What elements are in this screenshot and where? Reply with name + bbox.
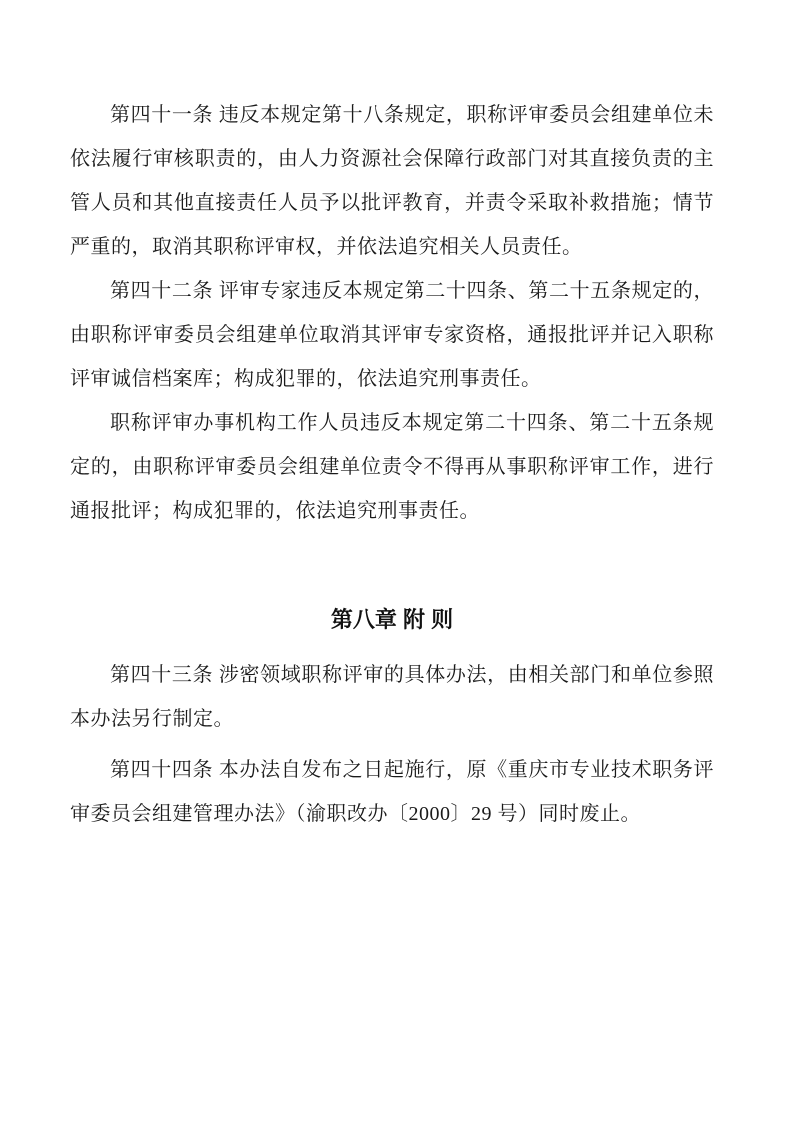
chapter-heading: 第八章 附 则 [70,598,714,642]
text-line: 第四十二条 评审专家违反本规定第二十四条、第二十五条规定的， [70,269,714,313]
text-line: 审委员会组建管理办法》（渝职改办〔2000〕29 号）同时废止。 [70,792,714,836]
text-line: 本办法另行制定。 [70,697,714,741]
text-line: 第四十四条 本办法自发布之日起施行，原《重庆市专业技术职务评 [70,748,714,792]
text-line: 严重的，取消其职称评审权，并依法追究相关人员责任。 [70,225,714,269]
text-line: 通报批评；构成犯罪的，依法追究刑事责任。 [70,489,714,533]
text-line: 管人员和其他直接责任人员予以批评教育，并责令采取补救措施；情节 [70,181,714,225]
text-line: 评审诚信档案库；构成犯罪的，依法追究刑事责任。 [70,357,714,401]
paragraph-article-42: 第四十二条 评审专家违反本规定第二十四条、第二十五条规定的， 由职称评审委员会组… [70,269,714,401]
text-line: 职称评审办事机构工作人员违反本规定第二十四条、第二十五条规 [70,401,714,445]
document-page: 第四十一条 违反本规定第十八条规定，职称评审委员会组建单位未 依法履行审核职责的… [0,0,793,1122]
paragraph-article-42-continued: 职称评审办事机构工作人员违反本规定第二十四条、第二十五条规 定的，由职称评审委员… [70,401,714,533]
text-line: 依法履行审核职责的，由人力资源社会保障行政部门对其直接负责的主 [70,137,714,181]
paragraph-article-44: 第四十四条 本办法自发布之日起施行，原《重庆市专业技术职务评 审委员会组建管理办… [70,748,714,836]
text-line: 定的，由职称评审委员会组建单位责令不得再从事职称评审工作，进行 [70,445,714,489]
paragraph-article-43: 第四十三条 涉密领域职称评审的具体办法，由相关部门和单位参照 本办法另行制定。 [70,653,714,741]
paragraph-article-41: 第四十一条 违反本规定第十八条规定，职称评审委员会组建单位未 依法履行审核职责的… [70,93,714,269]
text-line: 第四十一条 违反本规定第十八条规定，职称评审委员会组建单位未 [70,93,714,137]
text-line: 第四十三条 涉密领域职称评审的具体办法，由相关部门和单位参照 [70,653,714,697]
text-line: 由职称评审委员会组建单位取消其评审专家资格，通报批评并记入职称 [70,313,714,357]
